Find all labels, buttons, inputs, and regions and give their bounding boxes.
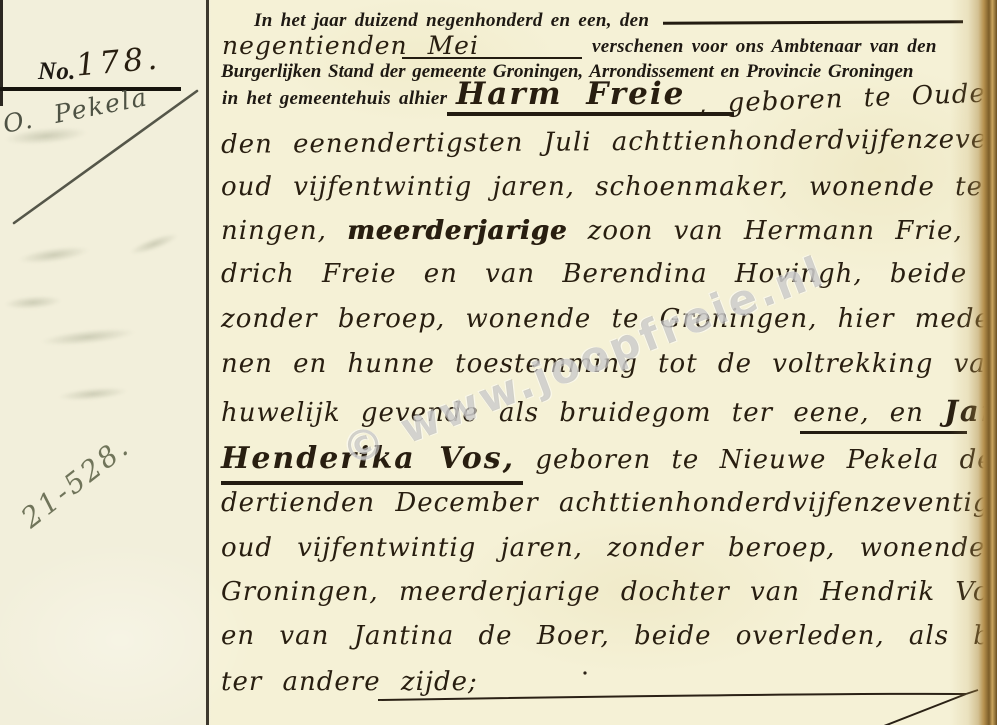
act-number-label: No. (38, 58, 76, 86)
handwritten-line: drich Freie en van Berendina Hovingh, be… (221, 259, 967, 289)
margin-pencil-note: 21-528. (15, 429, 137, 534)
handwritten-line: ter andere zijde; (221, 667, 478, 697)
handwritten-line: Groningen, meerderjarige dochter van Hen… (221, 577, 997, 607)
bleedthrough-smudge (128, 229, 181, 258)
handwritten-line: Henderika Vos, geboren te Nieuwe Pekela … (221, 441, 997, 476)
bride-name-first: Jantina (944, 394, 997, 428)
bride-name-underline (800, 431, 967, 434)
bride-name-underline (221, 481, 523, 485)
bleedthrough-smudge (4, 294, 63, 311)
printed-line-year: In het jaar duizend negenhonderd en een,… (254, 10, 649, 32)
bleedthrough-smudge (17, 243, 90, 267)
document-page: No. 178. O. Pekela 21-528. In het jaar d… (0, 0, 997, 725)
act-number-value: 178. (75, 40, 163, 83)
handwritten-line: den eenendertigsten Juli achttienhonderd… (221, 124, 997, 160)
groom-name: Harm Freie (456, 76, 685, 112)
closing-rule-hook (966, 690, 978, 694)
ink-dot (583, 671, 586, 674)
handwritten-line: ningen, meerderjarige zoon van Hermann F… (221, 216, 963, 246)
line7-corrected-word: meerderjarige (347, 216, 567, 246)
space-voiding-diagonal (884, 694, 966, 725)
line7-pre: ningen, (221, 216, 327, 246)
margin-vertical-rule (206, 0, 209, 725)
groom-name-underline (447, 112, 734, 116)
printed-line-appeared: verschenen voor ons Ambtenaar van den (592, 36, 937, 58)
handwritten-line: dertienden December achttienhonderdvijfe… (221, 488, 997, 518)
line11-pre: huwelijk gevende als bruidegom ter eene,… (221, 398, 924, 428)
bleedthrough-smudge (40, 325, 137, 349)
printed-line-townhall: in het gemeentehuis alhier (222, 88, 447, 110)
handwritten-line: oud vijfentwintig jaren, zonder beroep, … (221, 533, 997, 563)
line7-post: zoon van Hermann Frie, (588, 216, 963, 246)
handwritten-line: huwelijk gevende als bruidegom ter eene,… (221, 394, 997, 428)
blank-fill-rule (663, 20, 963, 24)
handwritten-line: oud vijfentwintig jaren, schoenmaker, wo… (221, 172, 997, 202)
handwritten-line: en van Jantina de Boer, beide overleden,… (221, 621, 997, 651)
bleedthrough-smudge (58, 385, 129, 403)
handwritten-date: negentienden Mei (222, 31, 479, 60)
act-number-underline (0, 87, 181, 91)
blank-fill-rule (402, 57, 582, 59)
line12-rest: geboren te Nieuwe Pekela den (535, 445, 997, 475)
